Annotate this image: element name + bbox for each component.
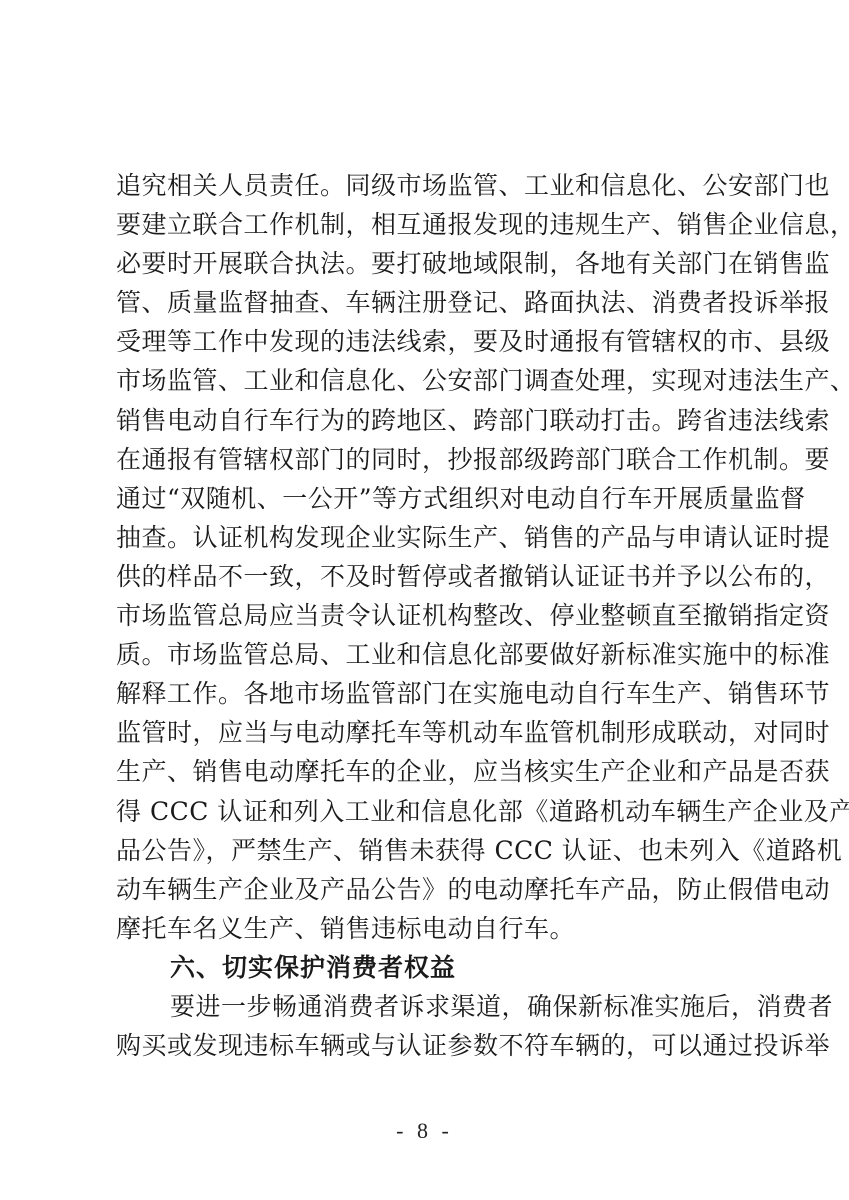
text-line: 得 CCC 认证和列入工业和信息化部《道路机动车辆生产企业及产 [116, 792, 722, 831]
text-line: 品公告》，严禁生产、销售未获得 CCC 认证、也未列入《道路机 [116, 831, 722, 870]
text-line: 解释工作。各地市场监管部门在实施电动自行车生产、销售环节 [116, 674, 722, 713]
text-line: 销售电动自行车行为的跨地区、跨部门联动打击。跨省违法线索 [116, 401, 722, 440]
text-line: 监管时，应当与电动摩托车等机动车监管机制形成联动，对同时 [116, 713, 722, 752]
text-line: 市场监管、工业和信息化、公安部门调查处理，实现对违法生产、 [116, 361, 722, 400]
text-line: 摩托车名义生产、销售违标电动自行车。 [116, 909, 722, 948]
paragraph-2: 要进一步畅通消费者诉求渠道，确保新标准实施后，消费者 购买或发现违标车辆或与认证… [116, 987, 722, 1065]
text-line: 受理等工作中发现的违法线索，要及时通报有管辖权的市、县级 [116, 322, 722, 361]
text-line: 供的样品不一致，不及时暂停或者撤销认证证书并予以公布的， [116, 557, 722, 596]
text-line: 市场监管总局应当责令认证机构整改、停业整顿直至撤销指定资 [116, 596, 722, 635]
text-line: 抽查。认证机构发现企业实际生产、销售的产品与申请认证时提 [116, 518, 722, 557]
text-line: 购买或发现违标车辆或与认证参数不符车辆的，可以通过投诉举 [116, 1026, 722, 1065]
text-line: 在通报有管辖权部门的同时，抄报部级跨部门联合工作机制。要 [116, 440, 722, 479]
text-line: 动车辆生产企业及产品公告》的电动摩托车产品，防止假借电动 [116, 870, 722, 909]
text-line: 追究相关人员责任。同级市场监管、工业和信息化、公安部门也 [116, 166, 722, 205]
text-line: 要进一步畅通消费者诉求渠道，确保新标准实施后，消费者 [116, 987, 722, 1026]
document-page: 追究相关人员责任。同级市场监管、工业和信息化、公安部门也 要建立联合工作机制，相… [116, 166, 722, 1065]
section-heading: 六、切实保护消费者权益 [116, 948, 722, 987]
text-line: 质。市场监管总局、工业和信息化部要做好新标准实施中的标准 [116, 635, 722, 674]
text-line: 通过“双随机、一公开”等方式组织对电动自行车开展质量监督 [116, 479, 722, 518]
paragraph-1: 追究相关人员责任。同级市场监管、工业和信息化、公安部门也 要建立联合工作机制，相… [116, 166, 722, 948]
text-line: 生产、销售电动摩托车的企业，应当核实生产企业和产品是否获 [116, 752, 722, 791]
text-line: 要建立联合工作机制，相互通报发现的违规生产、销售企业信息， [116, 205, 722, 244]
page-number: - 8 - [0, 1118, 849, 1144]
text-line: 管、质量监督抽查、车辆注册登记、路面执法、消费者投诉举报 [116, 283, 722, 322]
text-line: 必要时开展联合执法。要打破地域限制，各地有关部门在销售监 [116, 244, 722, 283]
